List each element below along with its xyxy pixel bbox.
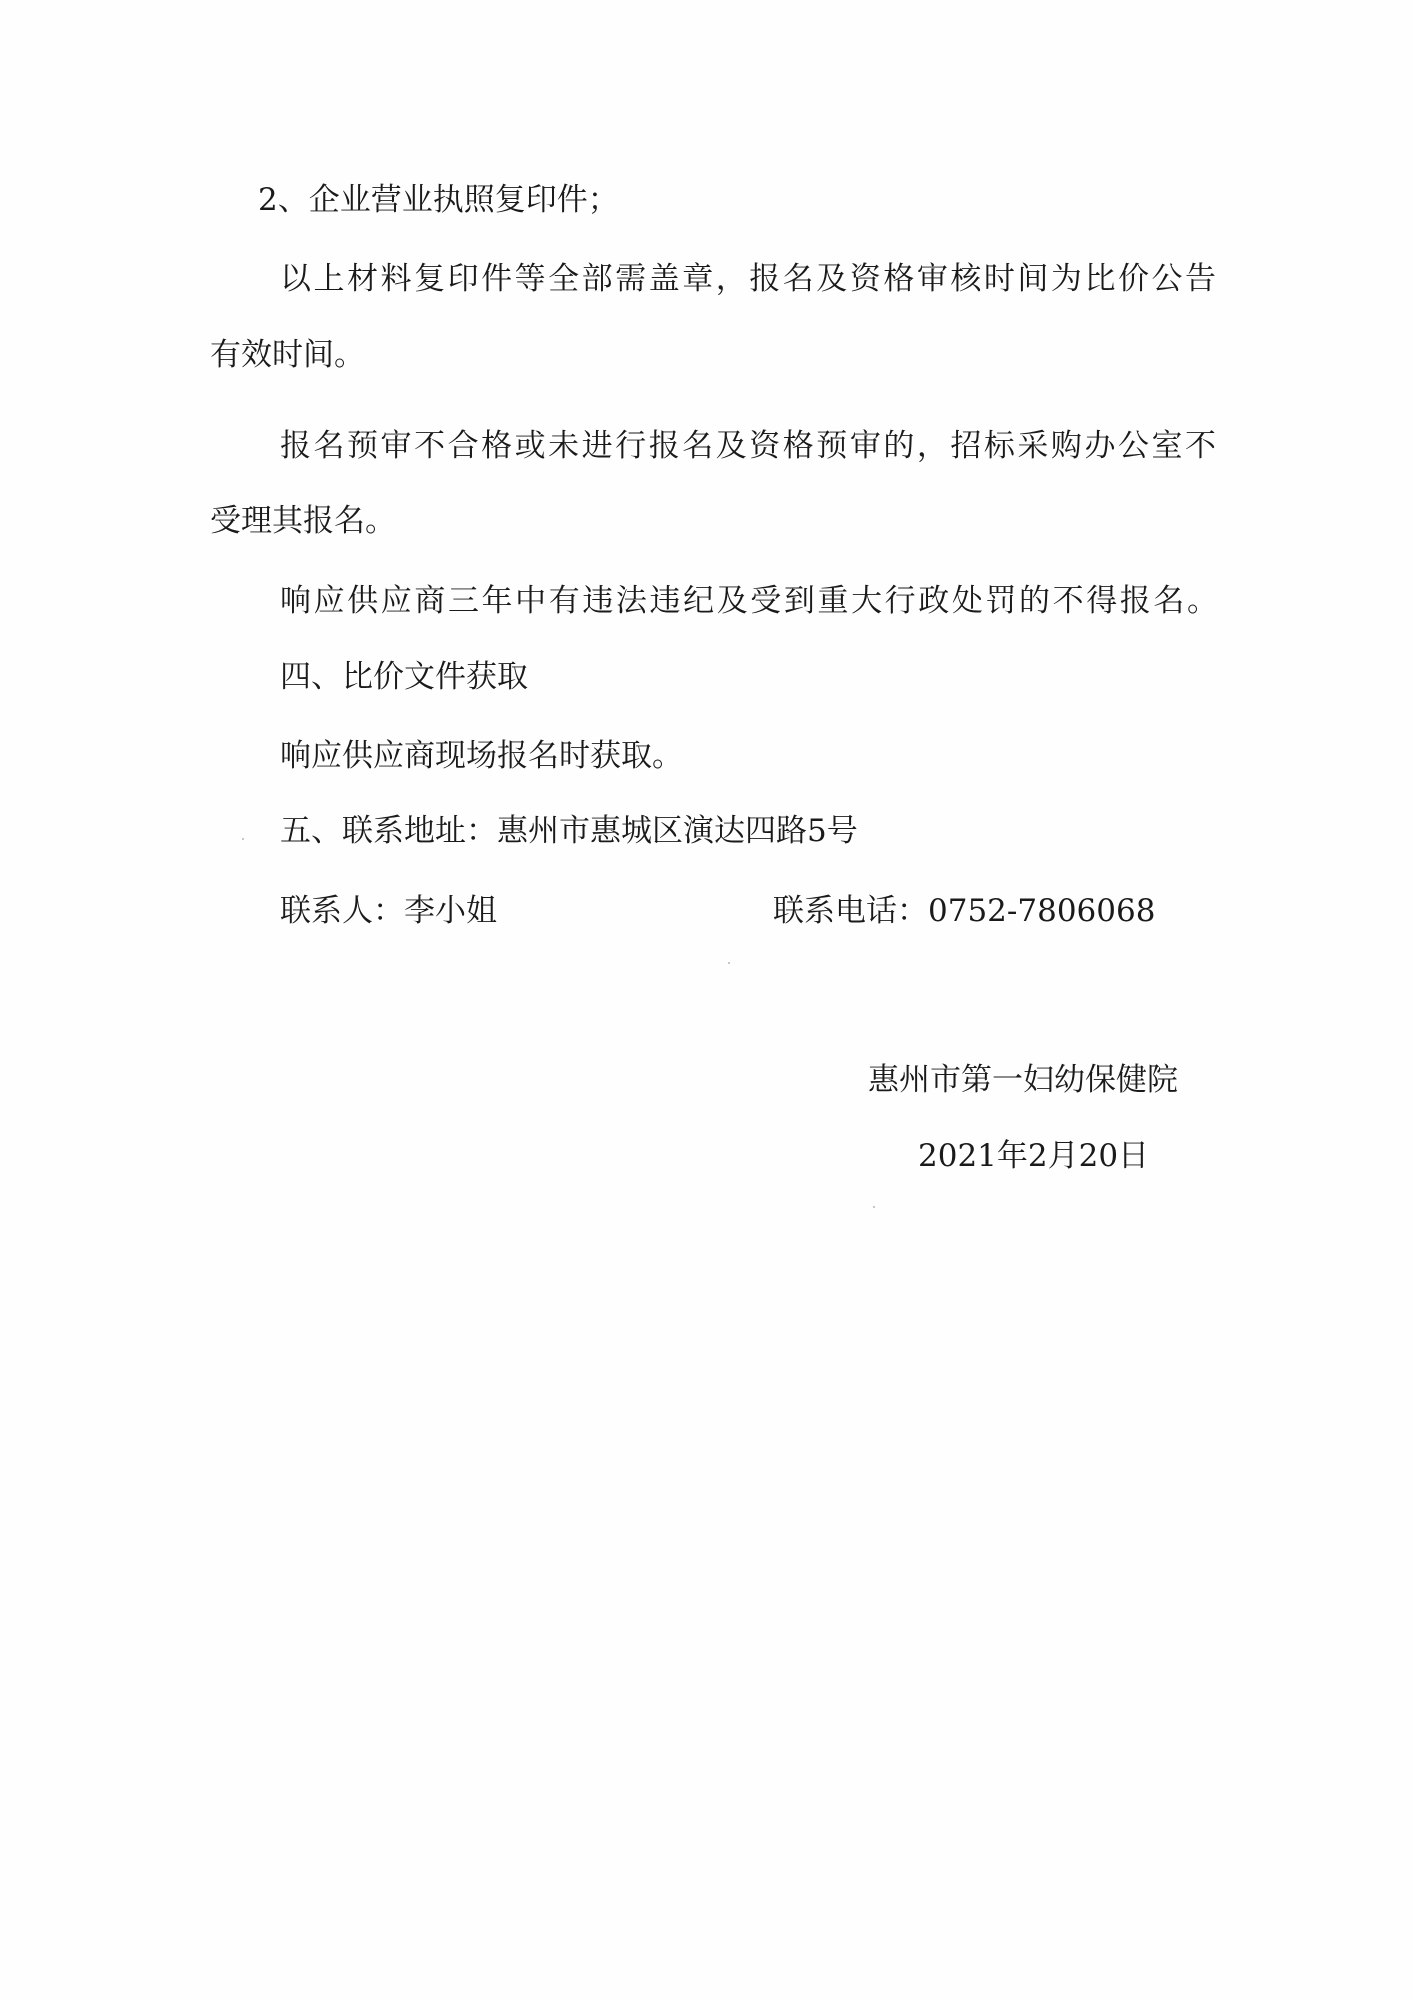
section-4-heading: 四、比价文件获取 [280, 659, 528, 695]
signature-organization: 惠州市第一妇幼保健院 [868, 1062, 1178, 1098]
violation-notice: 响应供应商三年中有违法违纪及受到重大行政处罚的不得报名。 [280, 583, 1218, 619]
signature-date: 2021年2月20日 [918, 1138, 1149, 1174]
section-4-body: 响应供应商现场报名时获取。 [280, 738, 683, 774]
section-5-address: 五、联系地址：惠州市惠城区演达四路5号 [280, 813, 858, 849]
rejection-notice-line-2: 受理其报名。 [210, 503, 396, 539]
document-page: 2、企业营业执照复印件； 以上材料复印件等全部需盖章，报名及资格审核时间为比价公… [0, 0, 1414, 2000]
scan-speck [242, 838, 244, 840]
contact-phone: 联系电话：0752-7806068 [773, 893, 1155, 929]
stamp-requirement-line-1: 以上材料复印件等全部需盖章，报名及资格审核时间为比价公告 [280, 261, 1216, 297]
stamp-requirement-line-2: 有效时间。 [210, 337, 365, 373]
rejection-notice-line-1: 报名预审不合格或未进行报名及资格预审的，招标采购办公室不 [280, 428, 1216, 464]
item-2-business-license: 2、企业营业执照复印件； [258, 182, 619, 218]
contact-person: 联系人：李小姐 [280, 893, 497, 929]
scan-speck [873, 1206, 875, 1208]
scan-speck [728, 962, 730, 964]
